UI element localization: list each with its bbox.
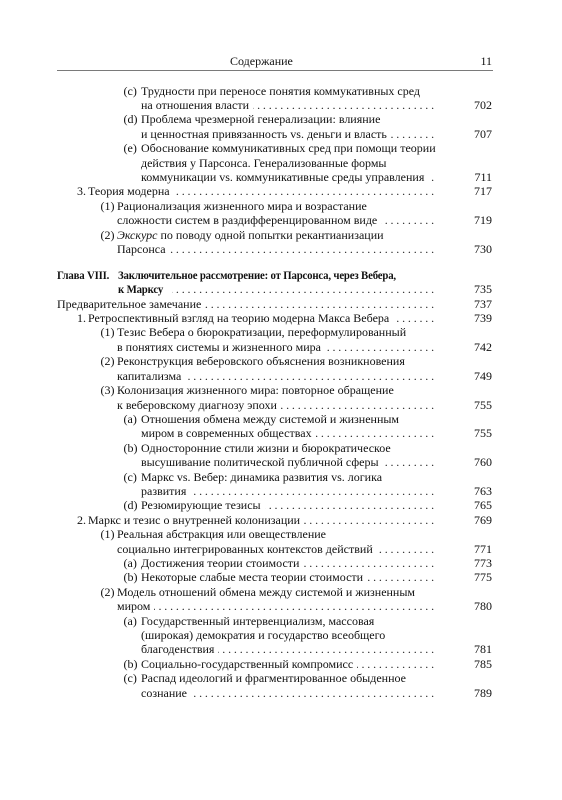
toc-entry-line: (d)Резюмирующие тезисы. . . . . . . . . … [57, 498, 493, 512]
entry-title-line: к веберовскому диагнозу эпохи [117, 398, 277, 412]
entry-page-number: 739 [474, 311, 492, 325]
dot-leader: . . . . . . . . . . . . . . . . . . . . … [191, 686, 434, 700]
toc-entry-line: (3)Колонизация жизненного мира: повторно… [57, 383, 493, 397]
toc-entry-line: благоденствия. . . . . . . . . . . . . .… [57, 642, 493, 656]
dot-leader: . . . . . . . . . . . . . . . . . . . . … [170, 242, 434, 256]
toc-entry-line: (1)Реальная абстракция или овеществление [57, 527, 493, 541]
entry-title-line: высушивание политической публичной сферы [141, 455, 379, 469]
toc-entry-line: (d)Проблема чрезмерной генерализации: вл… [57, 112, 493, 126]
toc-entry: (a)Отношения обмена между системой и жиз… [57, 412, 493, 441]
toc-entry-line: сложности систем в раздифференцированном… [57, 213, 493, 227]
toc-entry-line: (a)Отношения обмена между системой и жиз… [57, 412, 493, 426]
toc-entry: (a)Достижения теории стоимости. . . . . … [57, 556, 493, 570]
entry-page-number: 785 [474, 657, 492, 671]
entry-number-label: (c) [124, 470, 137, 484]
entry-title-line: действия у Парсонса. Генерализованные фо… [141, 156, 387, 170]
toc-entry: (e)Обоснование коммуникативных сред при … [57, 141, 493, 184]
toc-entry-line: Глава VIII.Заключительное рассмотрение: … [57, 268, 493, 282]
entry-page-number: 737 [474, 297, 492, 311]
entry-number-label: (1) [101, 527, 115, 541]
dot-leader: . . . . . . . . . . . . . . . . . . . . … [190, 484, 434, 498]
entry-number-label: (2) [101, 585, 115, 599]
toc-entry-line: (c)Маркс vs. Вебер: динамика развития vs… [57, 470, 493, 484]
toc-entry-line: Предварительное замечание. . . . . . . .… [57, 297, 493, 311]
toc-entry: (2)Модель отношений обмена между системо… [57, 585, 493, 614]
dot-leader: . . . . . . . . . . . . . . . . . . . . … [205, 297, 434, 311]
toc-entry-line: (b)Социально-государственный компромисс.… [57, 657, 493, 671]
entry-title-line: и ценностная привязанность vs. деньги и … [141, 127, 387, 141]
chapter-title-line: к Марксу [118, 282, 163, 296]
toc-entry-line: социально интегрированных контекстов дей… [57, 542, 493, 556]
entry-title-line: Отношения обмена между системой и жизнен… [141, 412, 399, 426]
entry-page-number: 771 [474, 542, 492, 556]
toc-entry-line: (b)Некоторые слабые места теории стоимос… [57, 570, 493, 584]
entry-title-line: развития [141, 484, 186, 498]
header-rule [57, 70, 493, 71]
dot-leader: . . . . . . . . . . . . . . . . . . . . … [325, 340, 434, 354]
entry-title-line: Односторонние стили жизни и бюрократичес… [141, 441, 391, 455]
entry-title-line: Достижения теории стоимости [141, 556, 299, 570]
entry-page-number: 760 [474, 455, 492, 469]
toc-entry-line: (1)Тезис Вебера о бюрократизации, перефо… [57, 325, 493, 339]
entry-title-line: миром [117, 599, 150, 613]
entry-title-line: Трудности при переносе понятия коммукати… [141, 84, 420, 98]
table-of-contents: (c)Трудности при переносе понятия коммук… [57, 84, 493, 700]
entry-number-label: (a) [124, 614, 137, 628]
toc-section-continued: (c)Трудности при переносе понятия коммук… [57, 84, 493, 257]
entry-title-line: Парсонса [117, 242, 166, 256]
entry-page-number: 702 [474, 98, 492, 112]
dot-leader: . . . . . . . . . . . . . . . . . . . . … [253, 98, 434, 112]
toc-entry: Предварительное замечание. . . . . . . .… [57, 297, 493, 311]
entry-title-line: капитализма [117, 369, 181, 383]
toc-entry-line: миром. . . . . . . . . . . . . . . . . .… [57, 599, 493, 613]
dot-leader: . . . . . . . . . . . . . . . . . . . . … [281, 398, 434, 412]
entry-number-label: (b) [124, 570, 138, 584]
dot-leader: . . . . . . . . . . . . . . . . . . . . … [383, 455, 434, 469]
entry-number-label: (a) [124, 556, 137, 570]
running-header-title: Содержание [230, 54, 293, 68]
toc-entry-line: капитализма. . . . . . . . . . . . . . .… [57, 369, 493, 383]
dot-leader: . . . . . . . . . . . . . . . . . . . . … [367, 570, 434, 584]
entry-number-label: 1. [77, 311, 86, 325]
entry-page-number: 769 [474, 513, 492, 527]
entry-page-number: 781 [474, 642, 492, 656]
emphasized-text: Экскурс [117, 228, 157, 242]
toc-entry-line: к веберовскому диагнозу эпохи. . . . . .… [57, 398, 493, 412]
entry-title-line: Маркс vs. Вебер: динамика развития vs. л… [141, 470, 382, 484]
entry-page-number: 717 [474, 184, 492, 198]
entry-page-number: 780 [474, 599, 492, 613]
entry-title-line: Обоснование коммуникативных сред при пом… [141, 141, 436, 155]
toc-entry-line: (c)Распад идеологий и фрагментированное … [57, 671, 493, 685]
toc-section-chapter-8: Глава VIII.Заключительное рассмотрение: … [57, 268, 493, 700]
toc-entry-line: коммуникации vs. коммуникативные среды у… [57, 170, 493, 184]
dot-leader: . . . . . . . . . . . . . . . . . . . . … [428, 170, 434, 184]
entry-title-line: (широкая) демократия и государство всеоб… [141, 628, 385, 642]
entry-page-number: 765 [474, 498, 492, 512]
entry-number-label: (1) [101, 325, 115, 339]
entry-number-label: (b) [124, 441, 138, 455]
entry-title-line: Теория модерна [88, 184, 170, 198]
toc-entry-line: (c)Трудности при переносе понятия коммук… [57, 84, 493, 98]
entry-title-line: в понятиях системы и жизненного мира [117, 340, 321, 354]
dot-leader: . . . . . . . . . . . . . . . . . . . . … [218, 642, 434, 656]
entry-title-line: Предварительное замечание [57, 297, 201, 311]
text-segment: по поводу одной попытки рекантианизации [157, 228, 383, 242]
toc-entry: (b)Некоторые слабые места теории стоимос… [57, 570, 493, 584]
entry-number-label: (d) [124, 498, 138, 512]
entry-page-number: 711 [474, 170, 492, 184]
toc-entry: 2.Маркс и тезис о внутренней колонизации… [57, 513, 493, 527]
entry-number-label: (1) [101, 199, 115, 213]
toc-entry: (c)Трудности при переносе понятия коммук… [57, 84, 493, 113]
toc-entry-line: действия у Парсонса. Генерализованные фо… [57, 156, 493, 170]
entry-number-label: (c) [124, 671, 137, 685]
toc-entry-line: (e)Обоснование коммуникативных сред при … [57, 141, 493, 155]
entry-page-number: 755 [474, 398, 492, 412]
chapter-label: Глава VIII. [57, 268, 109, 282]
dot-leader: . . . . . . . . . . . . . . . . . . . . … [391, 127, 434, 141]
entry-page-number: 763 [474, 484, 492, 498]
toc-entry: 1.Ретроспективный взгляд на теорию модер… [57, 311, 493, 325]
entry-title-line: Проблема чрезмерной генерализации: влиян… [141, 112, 380, 126]
page-number: 11 [480, 54, 492, 68]
entry-title-line: благоденствия [141, 642, 214, 656]
toc-entry-line: развития. . . . . . . . . . . . . . . . … [57, 484, 493, 498]
entry-page-number: 749 [474, 369, 492, 383]
toc-entry-line: высушивание политической публичной сферы… [57, 455, 493, 469]
toc-entry-line: 1.Ретроспективный взгляд на теорию модер… [57, 311, 493, 325]
toc-entry: (b)Односторонние стили жизни и бюрократи… [57, 441, 493, 470]
entry-title-line: Некоторые слабые места теории стоимости [141, 570, 363, 584]
entry-title-line: Колонизация жизненного мира: повторное о… [117, 383, 394, 397]
entry-number-label: (2) [101, 354, 115, 368]
toc-entry: (1)Рационализация жизненного мира и возр… [57, 199, 493, 228]
entry-title-line: коммуникации vs. коммуникативные среды у… [141, 170, 424, 184]
entry-title-line: Распад идеологий и фрагментированное обы… [141, 671, 406, 685]
entry-title-line: Реконструкция веберовского объяснения во… [117, 354, 405, 368]
entry-title-line: Модель отношений обмена между системой и… [117, 585, 415, 599]
toc-entry: (1)Тезис Вебера о бюрократизации, перефо… [57, 325, 493, 354]
entry-number-label: (e) [124, 141, 137, 155]
dot-leader: . . . . . . . . . . . . . . . . . . . . … [316, 426, 434, 440]
toc-entry: (c)Распад идеологий и фрагментированное … [57, 671, 493, 700]
dot-leader: . . . . . . . . . . . . . . . . . . . . … [393, 311, 434, 325]
dot-leader: . . . . . . . . . . . . . . . . . . . . … [303, 556, 434, 570]
entry-title-line: Маркс и тезис о внутренней колонизации [88, 513, 300, 527]
toc-entry: (1)Реальная абстракция или овеществление… [57, 527, 493, 556]
entry-page-number: 773 [474, 556, 492, 570]
entry-title-line: Тезис Вебера о бюрократизации, переформу… [117, 325, 406, 339]
toc-entry: (3)Колонизация жизненного мира: повторно… [57, 383, 493, 412]
entry-page-number: 789 [474, 686, 492, 700]
toc-entry: (a)Государственный интервенциализм, масс… [57, 614, 493, 657]
toc-entry-line: (широкая) демократия и государство всеоб… [57, 628, 493, 642]
entry-title-line: Реальная абстракция или овеществление [117, 527, 326, 541]
entry-page-number: 742 [474, 340, 492, 354]
toc-entry-line: Парсонса. . . . . . . . . . . . . . . . … [57, 242, 493, 256]
entry-title-line: Ретроспективный взгляд на теорию модерна… [88, 311, 389, 325]
entry-title-line: Резюмирующие тезисы [141, 498, 261, 512]
entry-number-label: 3. [77, 184, 86, 198]
toc-entry: (b)Социально-государственный компромисс.… [57, 657, 493, 671]
entry-number-label: (c) [124, 84, 137, 98]
toc-entry-line: (2)Реконструкция веберовского объяснения… [57, 354, 493, 368]
toc-entry-line: (a)Государственный интервенциализм, масс… [57, 614, 493, 628]
entry-title-line: Рационализация жизненного мира и возраст… [117, 199, 367, 213]
toc-entry-line: (2)Экскурс по поводу одной попытки рекан… [57, 228, 493, 242]
entry-number-label: (3) [101, 383, 115, 397]
toc-entry-line: (b)Односторонние стили жизни и бюрократи… [57, 441, 493, 455]
entry-number-label: (2) [101, 228, 115, 242]
entry-title-line: на отношения власти [141, 98, 249, 112]
toc-entry-line: 2.Маркс и тезис о внутренней колонизации… [57, 513, 493, 527]
entry-number-label: 2. [77, 513, 86, 527]
entry-number-label: (b) [124, 657, 138, 671]
book-page: Содержание 11 (c)Трудности при переносе … [0, 0, 562, 800]
entry-number-label: (d) [124, 112, 138, 126]
toc-entry-line: сознание. . . . . . . . . . . . . . . . … [57, 686, 493, 700]
chapter-title-line: Заключительное рассмотрение: от Парсонса… [118, 268, 396, 282]
toc-entry: (d)Резюмирующие тезисы. . . . . . . . . … [57, 498, 493, 512]
entry-title-line: сознание [141, 686, 187, 700]
entry-page-number: 755 [474, 426, 492, 440]
toc-chapter-entry: Глава VIII.Заключительное рассмотрение: … [57, 268, 493, 297]
toc-entry-line: (a)Достижения теории стоимости. . . . . … [57, 556, 493, 570]
entry-title-line: миром в современных обществах [141, 426, 312, 440]
dot-leader: . . . . . . . . . . . . . . . . . . . . … [174, 184, 434, 198]
toc-entry-line: 3.Теория модерна. . . . . . . . . . . . … [57, 184, 493, 198]
dot-leader: . . . . . . . . . . . . . . . . . . . . … [265, 498, 434, 512]
entry-page-number: 775 [474, 570, 492, 584]
entry-title-line: социально интегрированных контекстов дей… [117, 542, 373, 556]
entry-title-line: сложности систем в раздифференцированном… [117, 213, 377, 227]
dot-leader: . . . . . . . . . . . . . . . . . . . . … [381, 213, 434, 227]
entry-title-line: Социально-государственный компромисс [141, 657, 353, 671]
entry-number-label: (a) [124, 412, 137, 426]
toc-entry-line: (2)Модель отношений обмена между системо… [57, 585, 493, 599]
dot-leader: . . . . . . . . . . . . . . . . . . . . … [154, 599, 434, 613]
entry-title-line: Экскурс по поводу одной попытки рекантиа… [117, 228, 384, 242]
dot-leader: . . . . . . . . . . . . . . . . . . . . … [304, 513, 434, 527]
entry-page-number: 707 [474, 127, 492, 141]
dot-leader: . . . . . . . . . . . . . . . . . . . . … [357, 657, 434, 671]
dot-leader: . . . . . . . . . . . . . . . . . . . . … [185, 369, 434, 383]
entry-page-number: 735 [474, 282, 492, 296]
entry-title-line: Государственный интервенциализм, массова… [141, 614, 374, 628]
toc-entry: (2)Реконструкция веберовского объяснения… [57, 354, 493, 383]
dot-leader: . . . . . . . . . . . . . . . . . . . . … [172, 282, 434, 296]
entry-page-number: 719 [474, 213, 492, 227]
toc-entry-line: на отношения власти. . . . . . . . . . .… [57, 98, 493, 112]
toc-entry-line: и ценностная привязанность vs. деньги и … [57, 127, 493, 141]
toc-entry: (2)Экскурс по поводу одной попытки рекан… [57, 228, 493, 257]
dot-leader: . . . . . . . . . . . . . . . . . . . . … [377, 542, 434, 556]
toc-entry-line: к Марксу. . . . . . . . . . . . . . . . … [57, 282, 493, 296]
toc-entry: (d)Проблема чрезмерной генерализации: вл… [57, 112, 493, 141]
entry-page-number: 730 [474, 242, 492, 256]
toc-entry-line: миром в современных обществах. . . . . .… [57, 426, 493, 440]
toc-entry-line: (1)Рационализация жизненного мира и возр… [57, 199, 493, 213]
toc-entry: (c)Маркс vs. Вебер: динамика развития vs… [57, 470, 493, 499]
toc-entry-line: в понятиях системы и жизненного мира. . … [57, 340, 493, 354]
toc-entry: 3.Теория модерна. . . . . . . . . . . . … [57, 184, 493, 198]
